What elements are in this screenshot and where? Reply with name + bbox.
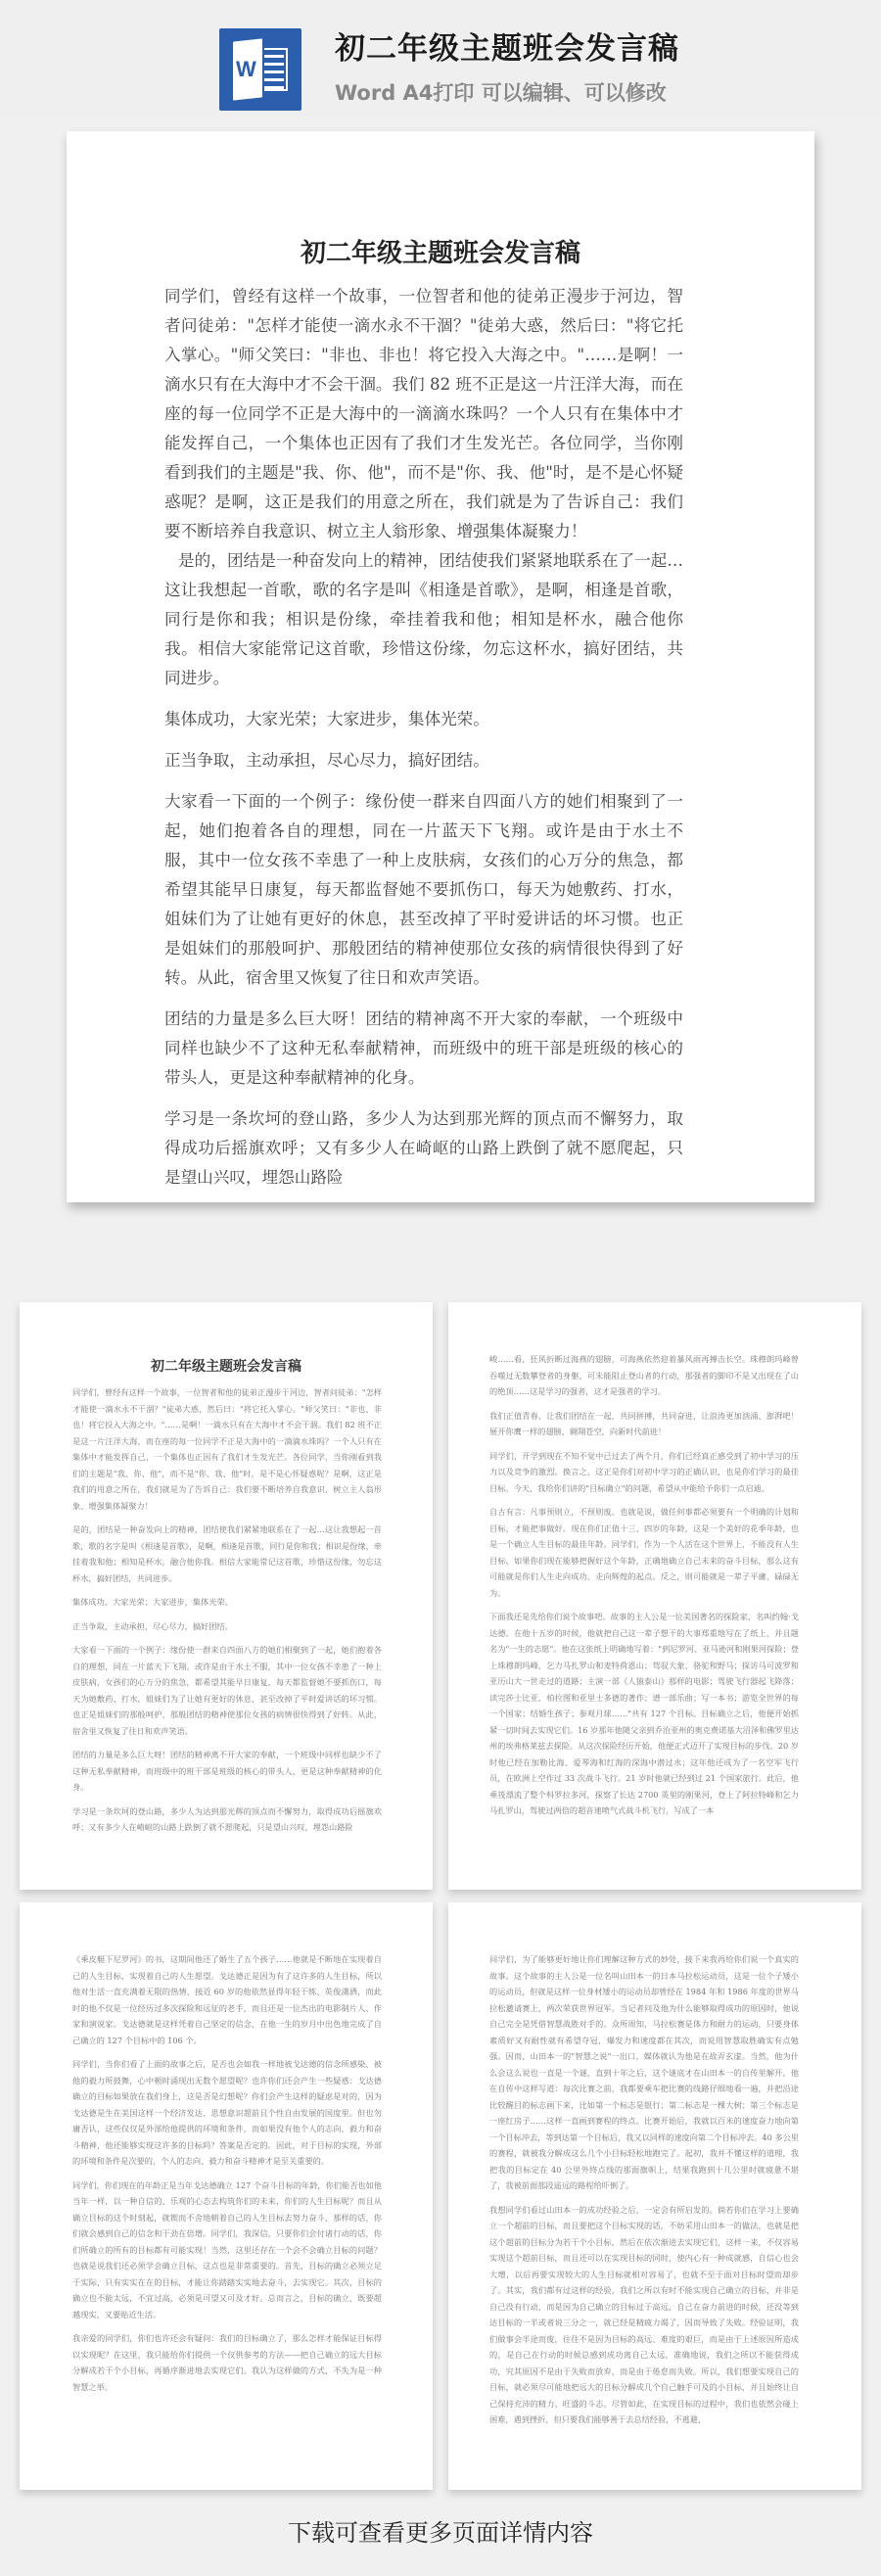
download-more-link[interactable]: 下载可查看更多页面详情内容	[0, 2513, 881, 2548]
paragraph: 《乘皮艇下尼罗河》的书，这期间他还了婚生了五个孩子……他就是不断地在实现着自己的…	[72, 1951, 382, 2048]
paragraph: 同学们，曾经有这样一个故事，一位智者和他的徒弟正漫步于河边，智者问徒弟："怎样才…	[72, 1384, 382, 1514]
paragraph: 下面我还是先给你们说个故事吧。故事的主人公是一位美国著名的探险家，名叫约翰·戈达…	[489, 1609, 799, 1819]
word-letter: W	[236, 57, 256, 82]
paragraph: 学习是一条坎坷的登山路，多少人为达到那光辉的顶点而不懈努力，取得成功后摇旗欢呼；…	[164, 1104, 683, 1193]
paragraph: 集体成功，大家光荣；大家进步，集体光荣。	[164, 705, 683, 734]
word-doc-icon: W	[219, 28, 301, 111]
paragraph: 学习是一条坎坷的登山路，多少人为达到那光辉的顶点而不懈努力，取得成功后摇旗欢呼；…	[72, 1803, 382, 1836]
text-lines-icon	[264, 48, 288, 91]
thumbnail-body: 峻……看，狂风折断过海燕的翅膀，可海燕依然迎着暴风雨再搏击长空。珠穆朗玛峰曾吞噬…	[489, 1351, 799, 1827]
paragraph: 团结的力量是多么巨大呀！团结的精神离不开大家的奉献，一个班级中同样也缺少不了这种…	[164, 1005, 683, 1093]
page-thumbnail-3[interactable]: 《乘皮艇下尼罗河》的书，这期间他还了婚生了五个孩子……他就是不断地在实现着自己的…	[20, 1902, 433, 2490]
document-body: 同学们，曾经有这样一个故事，一位智者和他的徒弟正漫步于河边，智者问徒弟："怎样才…	[164, 282, 683, 1204]
header-subtitle: Word A4打印 可以编辑、可以修改	[335, 77, 667, 107]
paragraph: 大家看一下面的一个例子：缘份使一群来自四面八方的她们相聚到了一起，她们抱着各自的…	[72, 1642, 382, 1739]
paragraph: 正当争取，主动承担，尽心尽力，搞好团结。	[164, 746, 683, 775]
page-thumbnail-2[interactable]: 峻……看，狂风折断过海燕的翅膀，可海燕依然迎着暴风雨再搏击长空。珠穆朗玛峰曾吞噬…	[448, 1302, 861, 1890]
paragraph: 团结的力量是多么巨大呀！团结的精神离不开大家的奉献，一个班级中同样也缺少不了这种…	[72, 1747, 382, 1796]
paragraph: 同学们，开学到现在不知不觉中已过去了两个月，你们已经真正感受到了初中学习的压力以…	[489, 1448, 799, 1497]
thumbnail-title: 初二年级主题班会发言稿	[20, 1356, 433, 1376]
paragraph: 正当争取，主动承担，尽心尽力，搞好团结。	[72, 1618, 382, 1635]
paragraph: 集体成功，大家光荣；大家进步，集体光荣。	[72, 1594, 382, 1611]
page-thumbnail-4[interactable]: 同学们，为了能够更好地让你们理解这种方式的妙处，接下来我再给你们说一个真实的故事…	[448, 1902, 861, 2490]
paragraph: 我想同学们看过山田本一的成功经验之后，一定会有所启发的。倘若你们在学习上要确立一…	[489, 2202, 799, 2428]
paragraph: 自古有言：凡事预则立，不预则废。也就是说，做任何事都必须要有一个明确的计划和目标…	[489, 1504, 799, 1601]
paragraph: 大家看一下面的一个例子：缘份使一群来自四面八方的她们相聚到了一起，她们抱着各自的…	[164, 787, 683, 993]
thumbnail-body: 同学们，为了能够更好地让你们理解这种方式的妙处，接下来我再给你们说一个真实的故事…	[489, 1951, 799, 2436]
header-banner: W 初二年级主题班会发言稿 Word A4打印 可以编辑、可以修改	[0, 0, 881, 116]
thumbnail-body: 同学们，曾经有这样一个故事，一位智者和他的徒弟正漫步于河边，智者问徒弟："怎样才…	[72, 1384, 382, 1844]
paragraph: 同学们，当你们看了上面的故事之后，是否也会如我一样地被戈达德的信念所感染、被他的…	[72, 2056, 382, 2170]
paragraph: 我们正值青春，让我们团结在一起，共同拼搏，共同奋进，让浪涛更加汹涌、澎湃吧！展开…	[489, 1408, 799, 1440]
main-page-preview: 初二年级主题班会发言稿 同学们，曾经有这样一个故事，一位智者和他的徒弟正漫步于河…	[67, 131, 814, 1202]
paragraph: 同学们，你们现在的年龄正是当年戈达德确立 127 个奋斗目标的年龄，你们能否也如…	[72, 2178, 382, 2323]
document-title: 初二年级主题班会发言稿	[67, 233, 814, 269]
paragraph: 我亲爱的同学们，你们也许还会有疑问：我们的目标确立了，那么怎样才能保证目标得以实…	[72, 2330, 382, 2395]
paragraph: 是的，团结是一种奋发向上的精神，团结使我们紧紧地联系在了一起…这让我想起一首歌，…	[164, 546, 683, 693]
paragraph: 同学们，为了能够更好地让你们理解这种方式的妙处，接下来我再给你们说一个真实的故事…	[489, 1951, 799, 2194]
paragraph: 峻……看，狂风折断过海燕的翅膀，可海燕依然迎着暴风雨再搏击长空。珠穆朗玛峰曾吞噬…	[489, 1351, 799, 1400]
header-title: 初二年级主题班会发言稿	[335, 23, 679, 68]
page-thumbnail-1[interactable]: 初二年级主题班会发言稿 同学们，曾经有这样一个故事，一位智者和他的徒弟正漫步于河…	[20, 1302, 433, 1890]
paragraph: 同学们，曾经有这样一个故事，一位智者和他的徒弟正漫步于河边，智者问徒弟："怎样才…	[164, 282, 683, 546]
thumbnail-body: 《乘皮艇下尼罗河》的书，这期间他还了婚生了五个孩子……他就是不断地在实现着自己的…	[72, 1951, 382, 2403]
paragraph: 是的，团结是一种奋发向上的精神，团结使我们紧紧地联系在了一起…这让我想起一首歌，…	[72, 1522, 382, 1586]
